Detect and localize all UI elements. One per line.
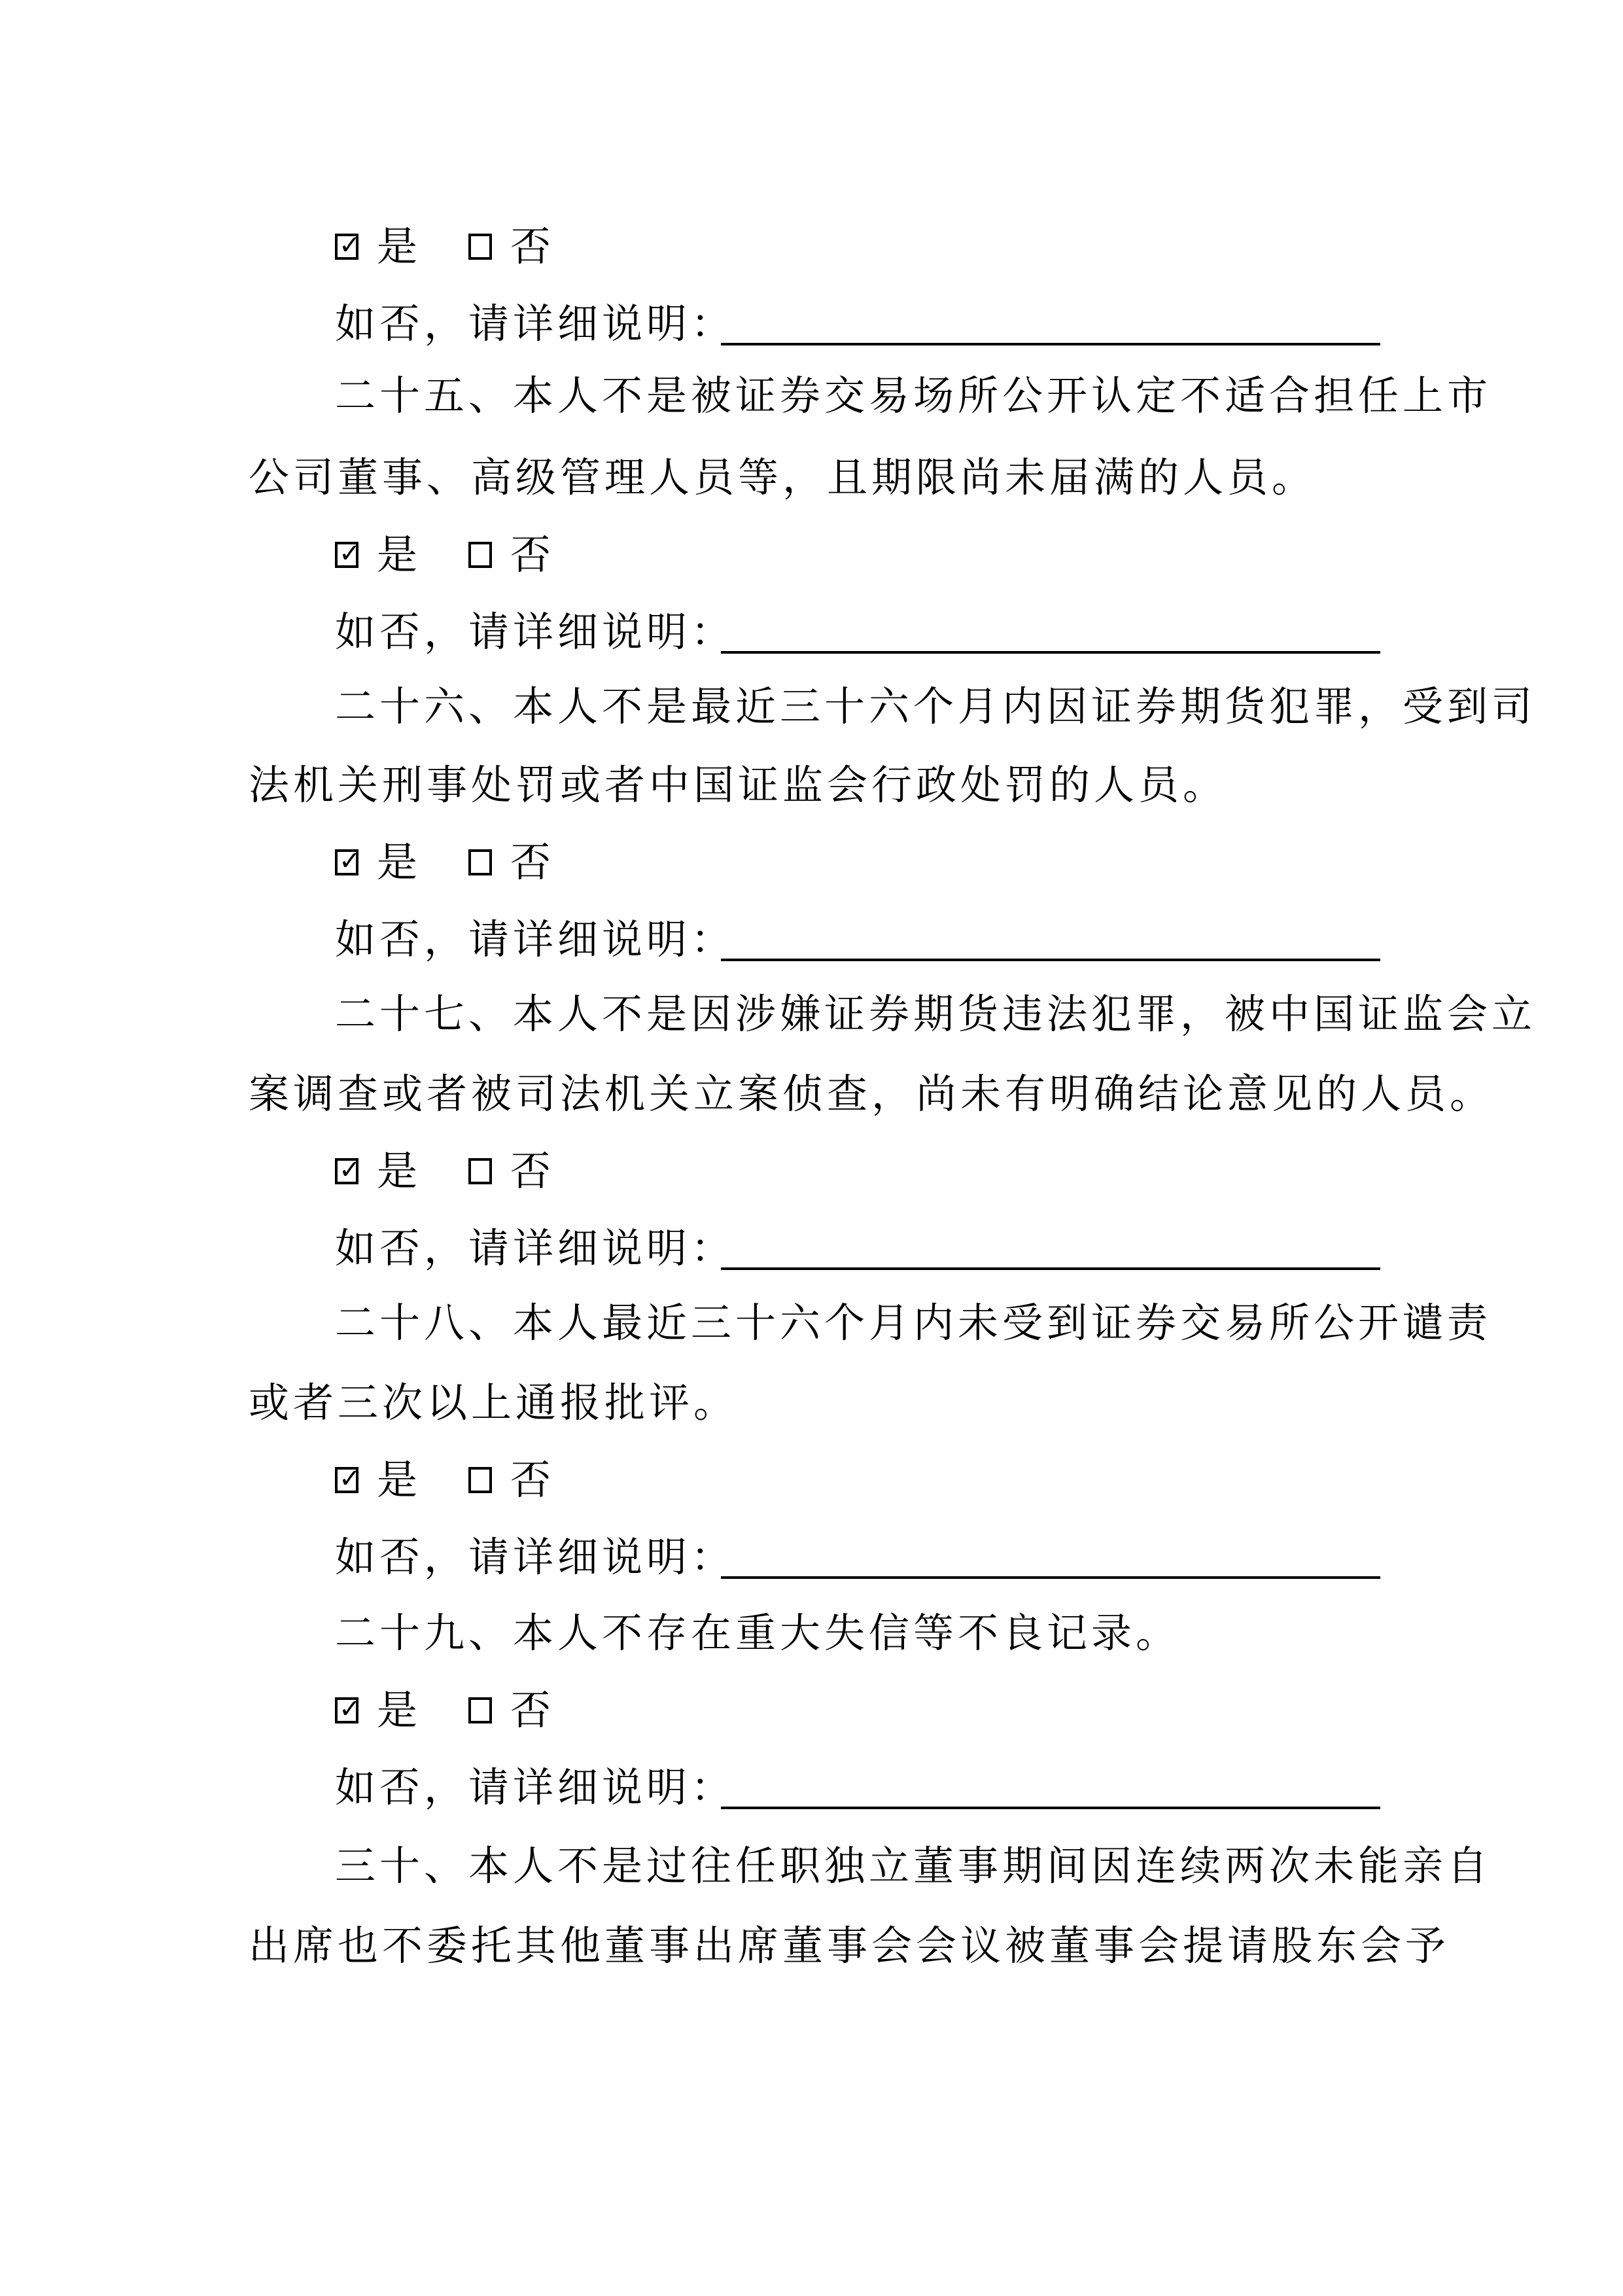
explain-label-28: 如否，请详细说明： xyxy=(335,1531,735,1583)
item-26-line-1: 二十六、本人不是最近三十六个月内因证券期货犯罪，受到司 xyxy=(335,680,1414,733)
no-checkbox-27[interactable] xyxy=(468,1158,492,1184)
explain-label-27: 如否，请详细说明： xyxy=(335,1222,735,1275)
no-checkbox-25[interactable] xyxy=(468,542,492,568)
yes-checkbox-27[interactable] xyxy=(335,1158,358,1184)
item-27-line-2: 案调查或者被司法机关立案侦查，尚未有明确结论意见的人员。 xyxy=(249,1068,1413,1120)
yes-checkbox-25[interactable] xyxy=(335,542,358,568)
yes-checkbox-26[interactable] xyxy=(335,849,358,875)
answer-row-26: 是 否 xyxy=(335,836,551,889)
answer-row-24: 是 否 xyxy=(335,221,551,273)
explain-label-24: 如否，请详细说明： xyxy=(335,298,735,350)
no-label: 否 xyxy=(510,836,551,889)
no-label: 否 xyxy=(510,1454,551,1506)
no-label: 否 xyxy=(510,221,551,273)
explain-field-28[interactable] xyxy=(721,1576,1380,1579)
answer-row-25: 是 否 xyxy=(335,529,551,581)
no-checkbox-26[interactable] xyxy=(468,849,492,875)
yes-label: 是 xyxy=(377,1684,417,1737)
yes-checkbox-28[interactable] xyxy=(335,1467,358,1493)
yes-label: 是 xyxy=(377,529,417,581)
explain-label-25: 如否，请详细说明： xyxy=(335,606,735,658)
no-checkbox-29[interactable] xyxy=(468,1697,492,1723)
item-29-line-1: 二十九、本人不存在重大失信等不良记录。 xyxy=(335,1607,1499,1659)
yes-label: 是 xyxy=(377,1145,417,1197)
yes-checkbox-29[interactable] xyxy=(335,1697,358,1723)
explain-label-26: 如否，请详细说明： xyxy=(335,913,735,966)
yes-label: 是 xyxy=(377,221,417,273)
item-25-line-1: 二十五、本人不是被证券交易场所公开认定不适合担任上市 xyxy=(335,370,1401,422)
yes-label: 是 xyxy=(377,1454,417,1506)
explain-field-26[interactable] xyxy=(721,959,1380,961)
item-27-line-1: 二十七、本人不是因涉嫌证券期货违法犯罪，被中国证监会立 xyxy=(335,988,1414,1040)
no-label: 否 xyxy=(510,1684,551,1737)
yes-checkbox-24[interactable] xyxy=(335,234,358,260)
answer-row-28: 是 否 xyxy=(335,1454,551,1506)
item-28-line-1: 二十八、本人最近三十六个月内未受到证券交易所公开谴责 xyxy=(335,1297,1395,1349)
answer-row-27: 是 否 xyxy=(335,1145,551,1197)
item-30-line-1: 三十、本人不是过往任职独立董事期间因连续两次未能亲自 xyxy=(335,1840,1395,1892)
explain-field-29[interactable] xyxy=(721,1807,1380,1809)
explain-label-29: 如否，请详细说明： xyxy=(335,1761,735,1814)
no-checkbox-24[interactable] xyxy=(468,234,492,260)
explain-field-24[interactable] xyxy=(721,343,1380,345)
no-checkbox-28[interactable] xyxy=(468,1467,492,1493)
item-25-line-2: 公司董事、高级管理人员等，且期限尚未届满的人员。 xyxy=(249,451,1413,504)
explain-field-25[interactable] xyxy=(721,651,1380,654)
no-label: 否 xyxy=(510,1145,551,1197)
item-28-line-2: 或者三次以上通报批评。 xyxy=(249,1377,1413,1429)
item-30-line-2: 出席也不委托其他董事出席董事会会议被董事会提请股东会予 xyxy=(249,1920,1413,1972)
no-label: 否 xyxy=(510,529,551,581)
item-26-line-2: 法机关刑事处罚或者中国证监会行政处罚的人员。 xyxy=(249,759,1413,811)
answer-row-29: 是 否 xyxy=(335,1684,551,1737)
explain-field-27[interactable] xyxy=(721,1267,1380,1270)
yes-label: 是 xyxy=(377,836,417,889)
